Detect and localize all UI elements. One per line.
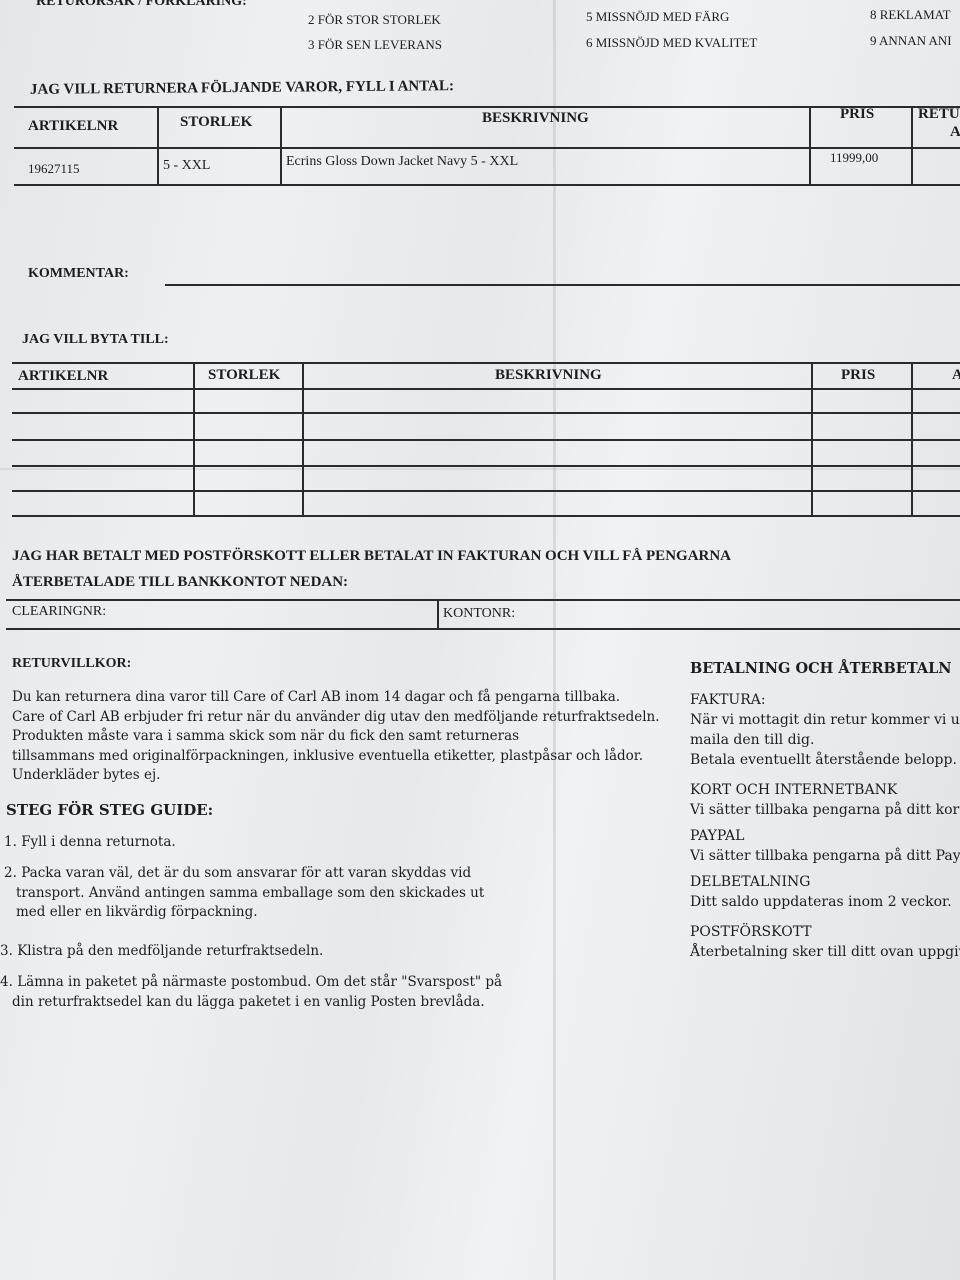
clearing-label: CLEARINGNR: <box>12 604 106 620</box>
terms-title: RETURVILLKOR: <box>12 656 131 672</box>
guide-title: STEG FÖR STEG GUIDE: <box>6 801 213 819</box>
reason-6: 6 MISSNÖJD MED KVALITET <box>586 35 757 51</box>
reason-9: 9 ANNAN ANI <box>870 33 952 49</box>
payment-faktura: FAKTURA: När vi mottagit din retur komme… <box>690 690 960 770</box>
guide-step-2: 2. Packa varan väl, det är du som ansvar… <box>4 864 484 923</box>
col-pris: PRIS <box>841 367 875 384</box>
payment-postforskott: POSTFÖRSKOTT Återbetalning sker till dit… <box>690 922 960 962</box>
row-pris: 11999,00 <box>830 150 878 166</box>
col-beskrivning: BESKRIVNING <box>482 110 589 127</box>
terms-text: Du kan returnera dina varor till Care of… <box>12 688 660 786</box>
paper-fold <box>553 0 556 1280</box>
reason-2: 2 FÖR STOR STORLEK <box>308 12 441 28</box>
konto-field[interactable] <box>530 601 960 626</box>
payment-kort: KORT OCH INTERNETBANK Vi sätter tillbaka… <box>690 780 960 820</box>
row-beskrivning: Ecrins Gloss Down Jacket Navy 5 - XXL <box>286 154 518 170</box>
exchange-title: JAG VILL BYTA TILL: <box>22 332 169 348</box>
exchange-row-2[interactable] <box>12 414 960 438</box>
col-retur: RETU <box>918 106 960 123</box>
return-items-title: JAG VILL RETURNERA FÖLJANDE VAROR, FYLL … <box>30 78 454 99</box>
payment-title: BETALNING OCH ÅTERBETALN <box>690 660 952 677</box>
reason-3: 3 FÖR SEN LEVERANS <box>308 37 442 53</box>
reason-5: 5 MISSNÖJD MED FÄRG <box>586 9 729 25</box>
clearing-field[interactable] <box>110 601 435 626</box>
col-artikelnr: ARTIKELNR <box>18 368 108 385</box>
comment-field[interactable] <box>165 268 960 286</box>
col-beskrivning: BESKRIVNING <box>495 367 602 384</box>
konto-label: KONTONR: <box>443 606 515 622</box>
col-storlek: STORLEK <box>208 367 280 384</box>
guide-step-1: 1. Fyll i denna returnota. <box>4 833 176 853</box>
comment-label: KOMMENTAR: <box>28 266 129 282</box>
col-pris: PRIS <box>840 106 874 123</box>
col-antal: A <box>952 367 960 384</box>
payment-delbetalning: DELBETALNING Ditt saldo uppdateras inom … <box>690 872 952 912</box>
col-artikelnr: ARTIKELNR <box>28 118 118 135</box>
row-storlek: 5 - XXL <box>163 158 210 174</box>
exchange-row-1[interactable] <box>12 390 960 412</box>
row-artikelnr: 19627115 <box>28 161 80 177</box>
reason-section-title: RETURORSAK / FÖRKLARING: <box>36 0 247 10</box>
reason-8: 8 REKLAMAT <box>870 7 951 23</box>
row-antal-field[interactable] <box>918 150 958 178</box>
exchange-row-5[interactable] <box>12 492 960 515</box>
guide-step-3: 3. Klistra på den medföljande returfrakt… <box>0 942 323 962</box>
col-antal: A <box>950 124 960 141</box>
exchange-row-4[interactable] <box>12 467 960 490</box>
refund-title-line2: ÅTERBETALADE TILL BANKKONTOT NEDAN: <box>12 574 348 591</box>
col-storlek: STORLEK <box>180 114 252 131</box>
guide-step-4: 4. Lämna in paketet på närmaste postombu… <box>0 973 502 1012</box>
payment-paypal: PAYPAL Vi sätter tillbaka pengarna på di… <box>690 826 960 866</box>
exchange-row-3[interactable] <box>12 441 960 465</box>
refund-title-line1: JAG HAR BETALT MED POSTFÖRSKOTT ELLER BE… <box>12 548 731 565</box>
